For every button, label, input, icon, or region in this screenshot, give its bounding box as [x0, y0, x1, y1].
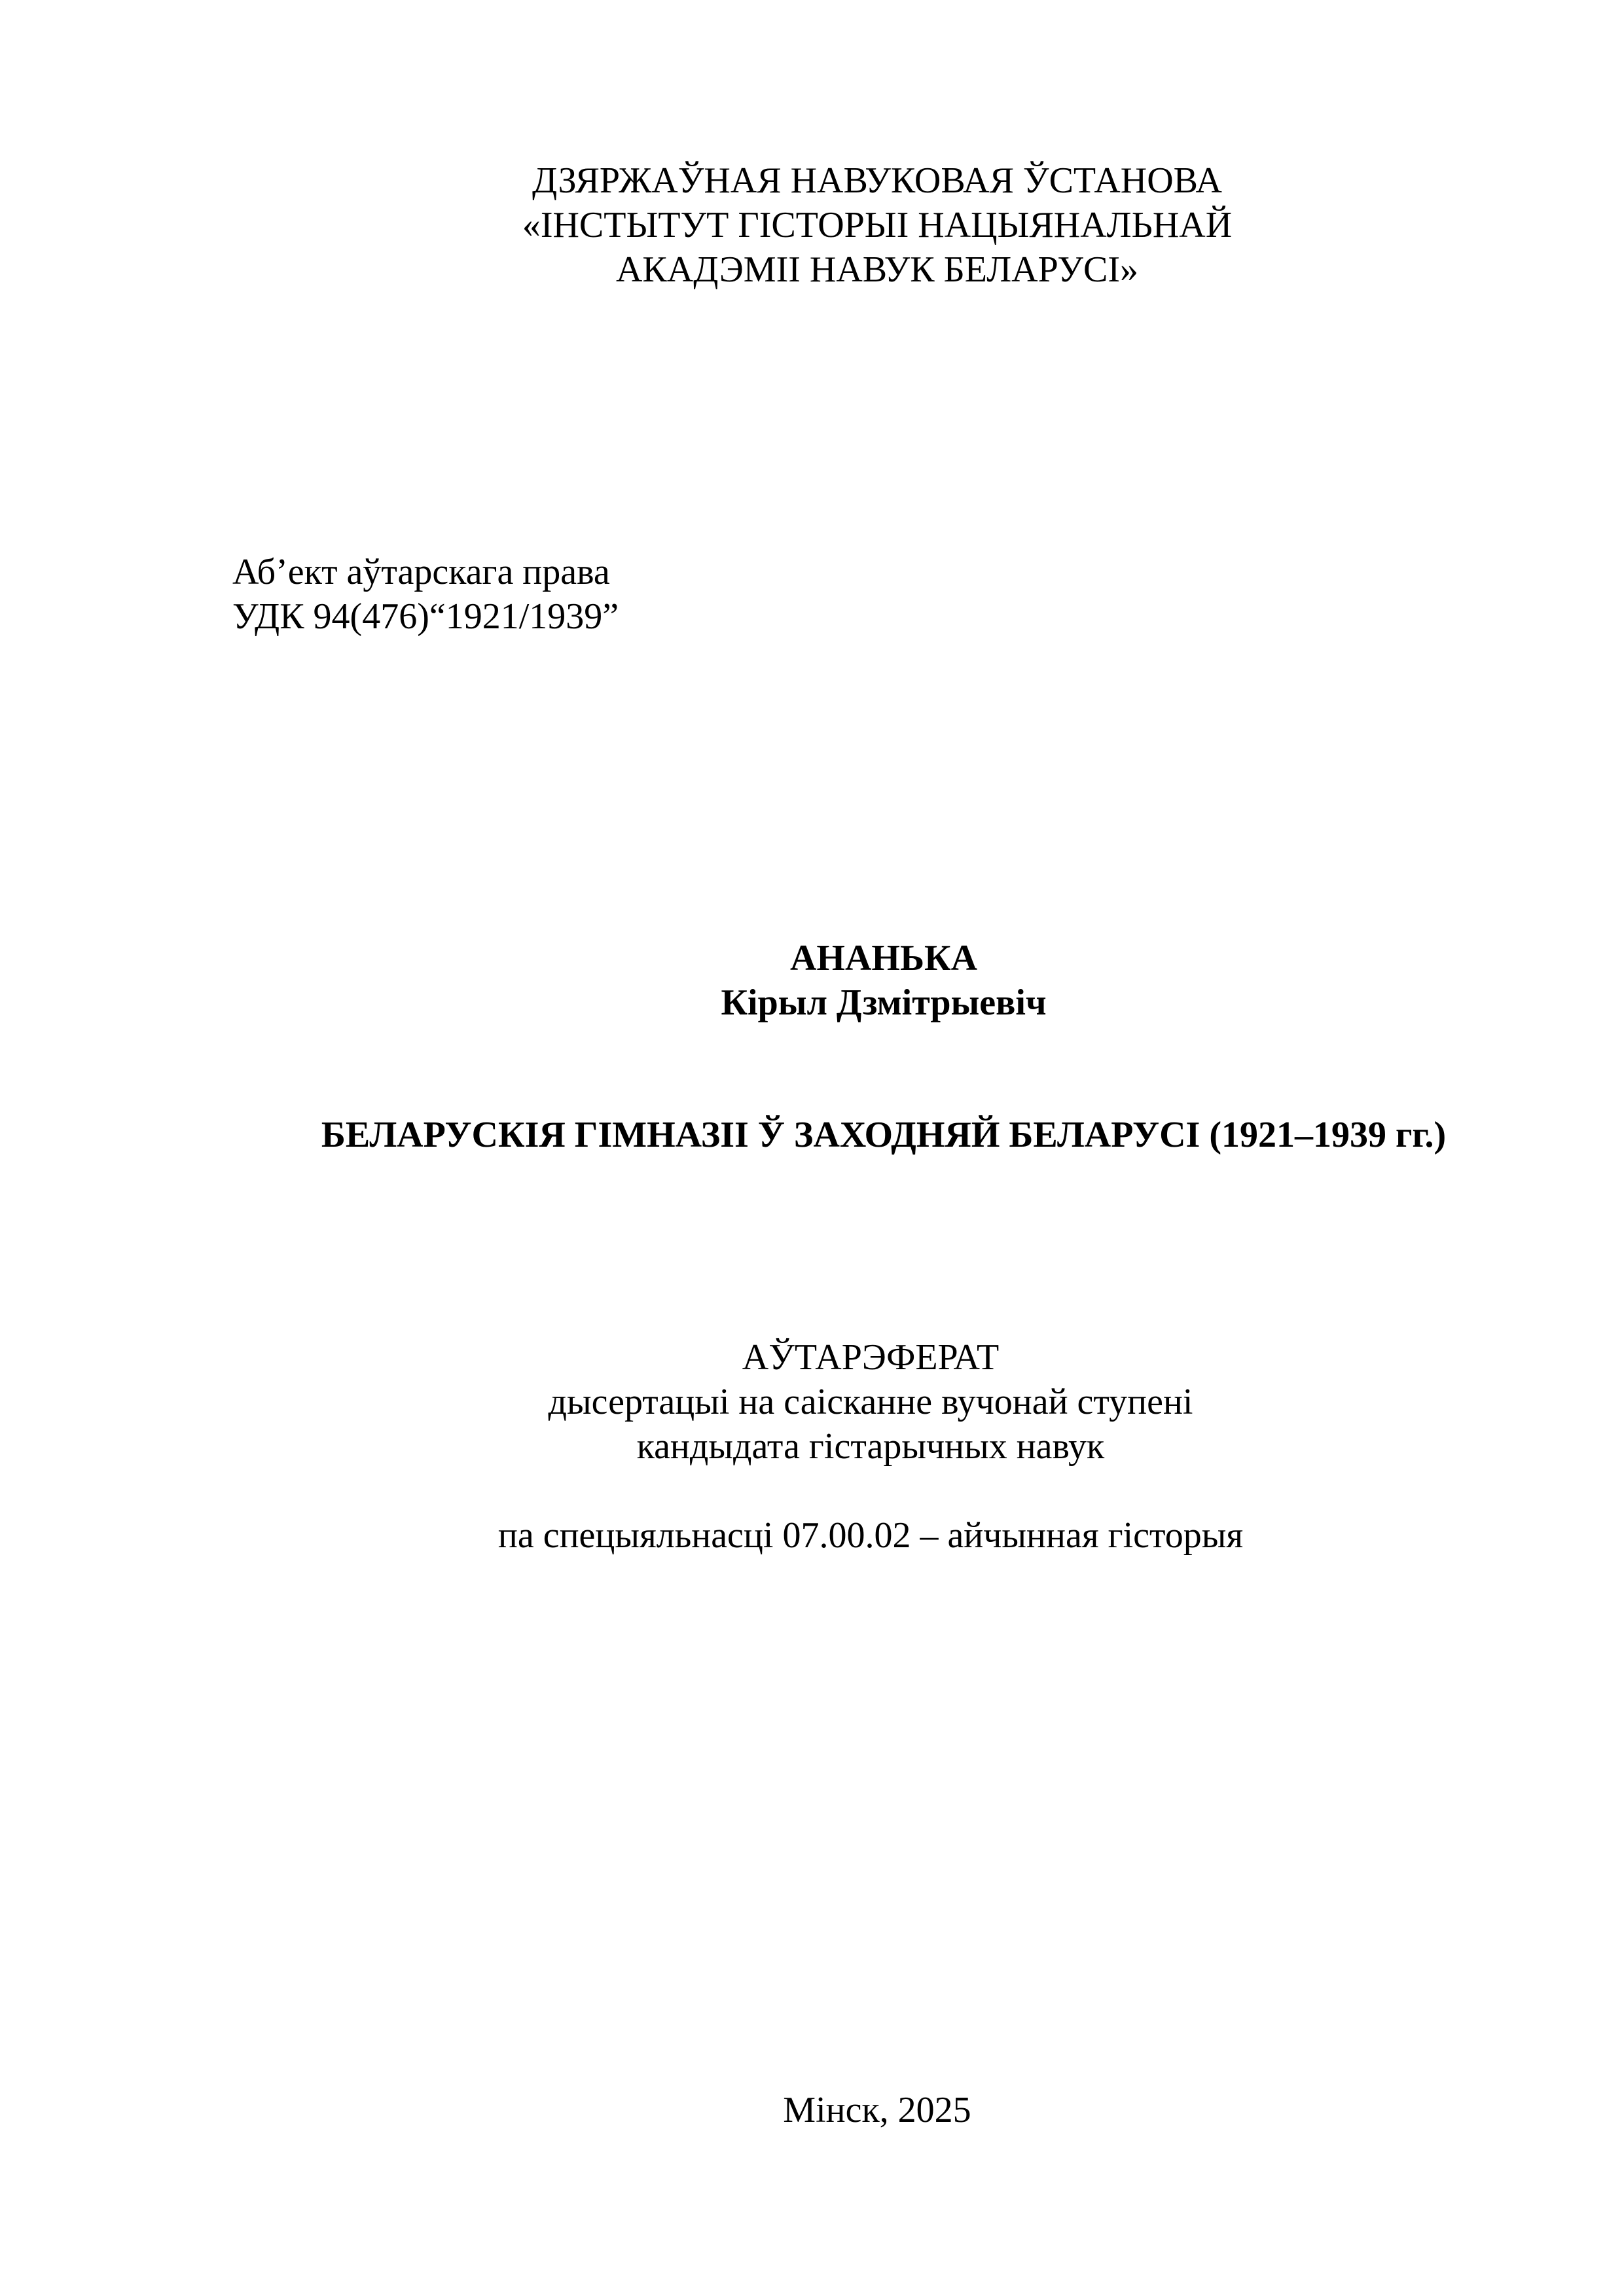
abstract-degree-line-2: кандыдата гістарычных навук [458, 1424, 1283, 1469]
copyright-notice: Аб’ект аўтарскага права [232, 550, 619, 594]
author-block: АНАНЬКА Кірыл Дзмітрыевіч [687, 936, 1080, 1025]
author-surname: АНАНЬКА [687, 936, 1080, 980]
specialty-line: па спецыяльнасці 07.00.02 – айчынная гіс… [458, 1513, 1283, 1558]
institution-line-1: ДЗЯРЖАЎНАЯ НАВУКОВАЯ ЎСТАНОВА [484, 158, 1270, 203]
institution-line-2: «ІНСТЫТУТ ГІСТОРЫІ НАЦЫЯНАЛЬНАЙ [484, 203, 1270, 247]
footer-block: Мінск, 2025 [674, 2088, 1080, 2132]
abstract-block: АЎТАРЭФЕРАТ дысертацыі на саісканне вучо… [458, 1335, 1283, 1558]
abstract-degree-line-1: дысертацыі на саісканне вучонай ступені [458, 1380, 1283, 1424]
thesis-title: БЕЛАРУСКІЯ ГІМНАЗІІ Ў ЗАХОДНЯЙ БЕЛАРУСІ … [196, 1113, 1571, 1157]
institution-line-3: АКАДЭМІІ НАВУК БЕЛАРУСІ» [484, 247, 1270, 292]
spacer [458, 1469, 1283, 1513]
abstract-heading: АЎТАРЭФЕРАТ [458, 1335, 1283, 1380]
thesis-title-block: БЕЛАРУСКІЯ ГІМНАЗІІ Ў ЗАХОДНЯЙ БЕЛАРУСІ … [196, 1113, 1571, 1157]
place-year: Мінск, 2025 [674, 2088, 1080, 2132]
author-given-names: Кірыл Дзмітрыевіч [687, 980, 1080, 1025]
copyright-block: Аб’ект аўтарскага права УДК 94(476)“1921… [232, 550, 619, 639]
udk-code: УДК 94(476)“1921/1939” [232, 594, 619, 639]
institution-header: ДЗЯРЖАЎНАЯ НАВУКОВАЯ ЎСТАНОВА «ІНСТЫТУТ … [484, 158, 1270, 292]
